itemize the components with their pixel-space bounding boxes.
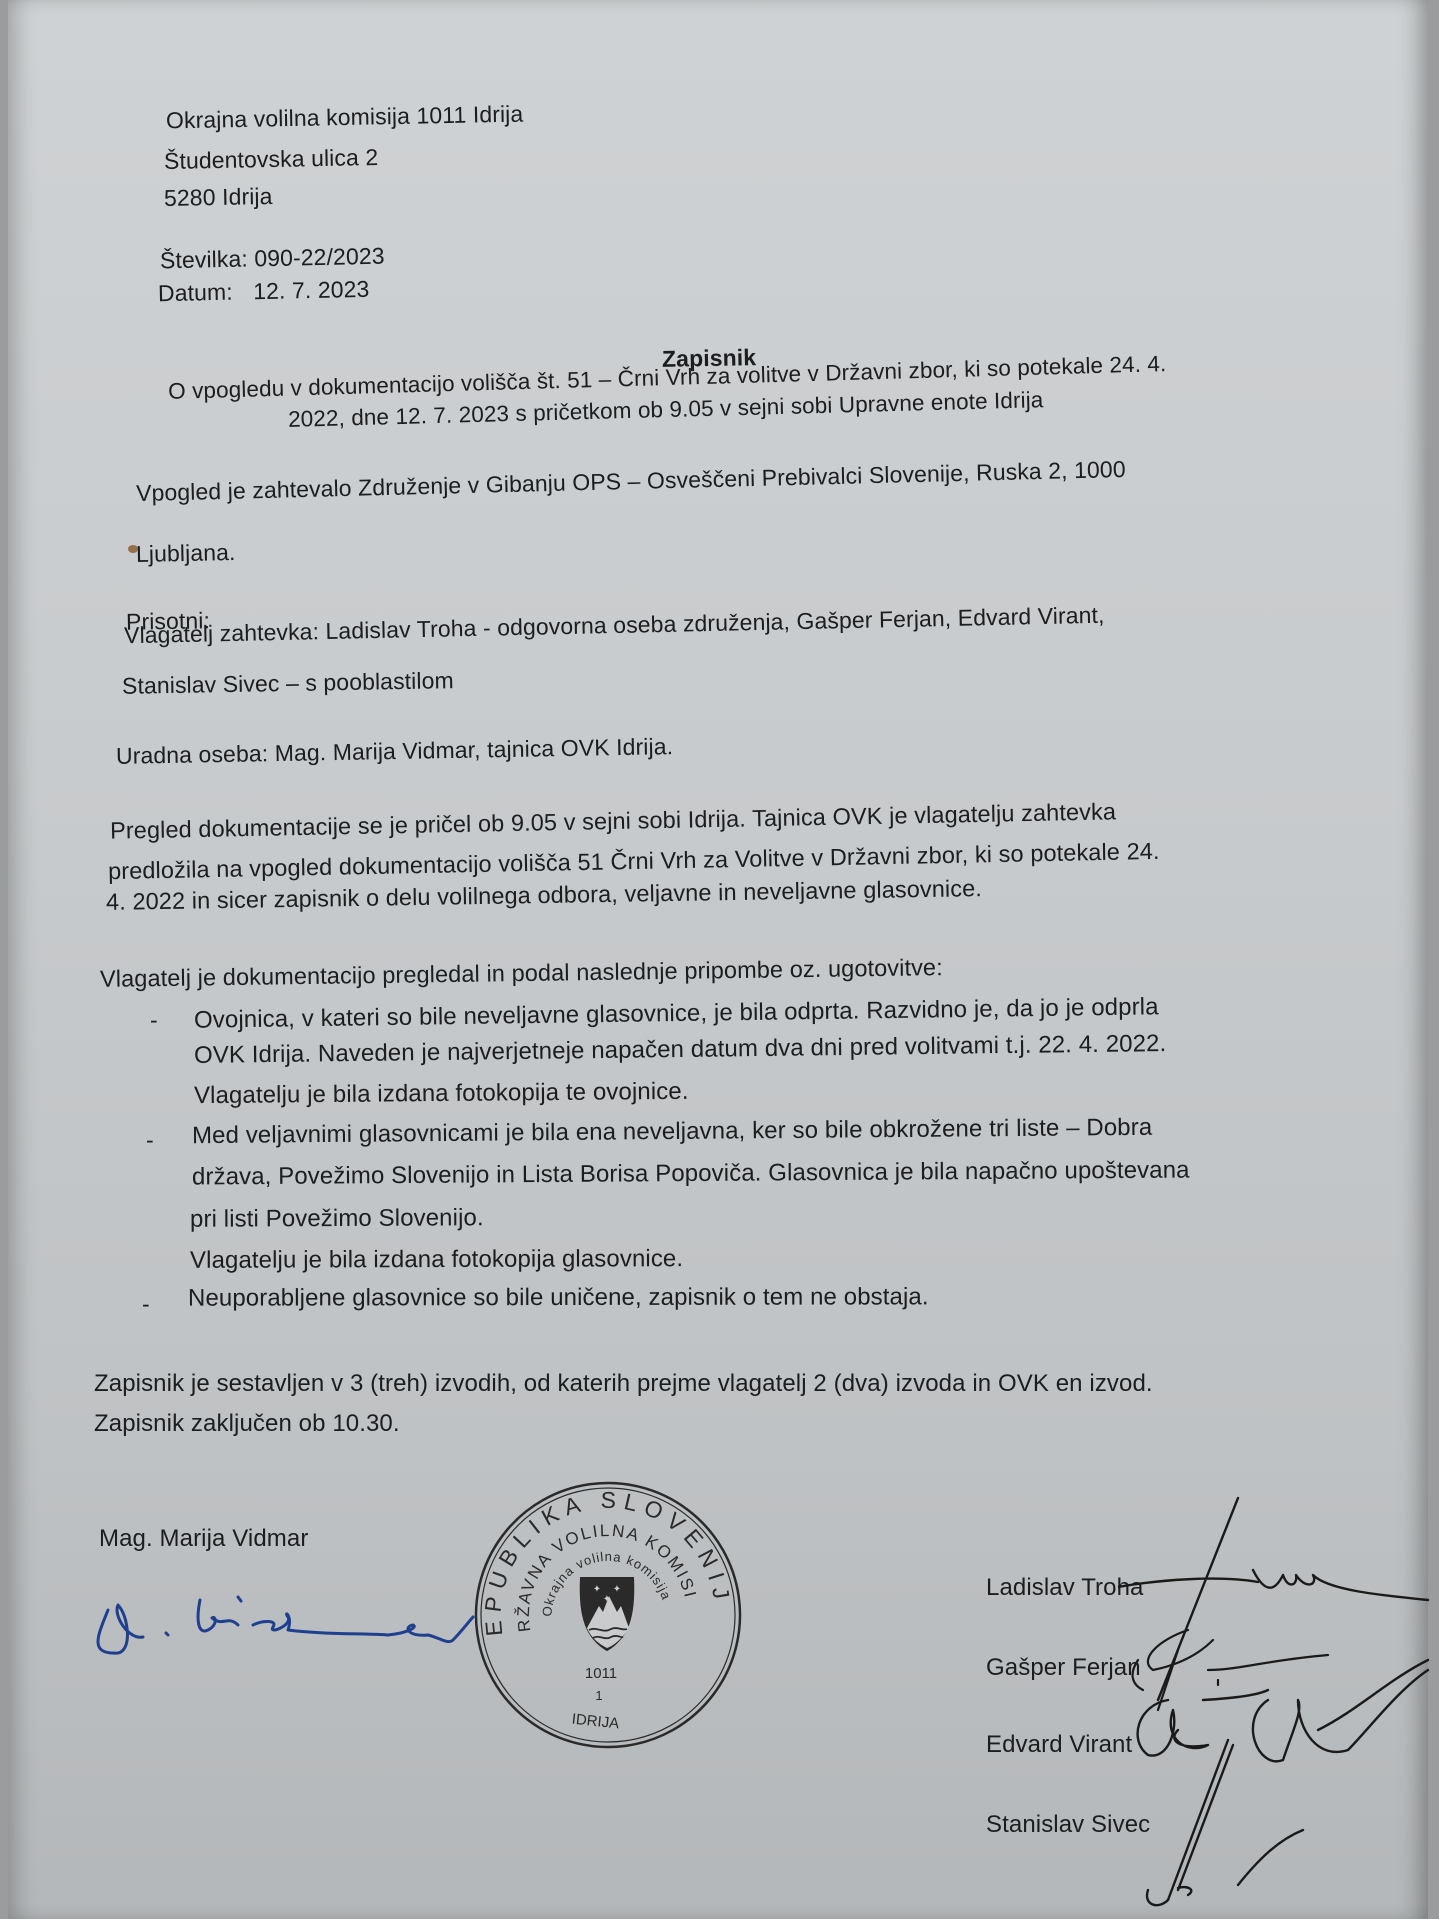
requester-signatory-3: Edvard Virant [986,1731,1132,1759]
closing-line-2: Zapisnik zaključen ob 10.30. [94,1410,400,1438]
remark-1-line-3: Vlagatelju je bila izdana fotokopija te … [194,1078,689,1110]
present-line-2: Stanislav Sivec – s pooblastilom [122,667,454,700]
rust-stain-mark [128,545,138,553]
svg-text:✦: ✦ [593,1584,601,1595]
remark-3-line-1: Neuporabljene glasovnice so bile uničene… [188,1283,929,1312]
reference-date: Datum: 12. 7. 2023 [158,276,370,307]
remark-2-line-1: Med veljavnimi glasovnicami je bila ena … [192,1114,1152,1150]
closing-line-1: Zapisnik je sestavljen v 3 (treh) izvodi… [94,1370,1153,1398]
requester-line-2: Ljubljana. [136,539,236,568]
official-signature [88,1555,488,1665]
sender-name: Okrajna volilna komisija 1011 Idrija [166,101,524,135]
official-signatory-name: Mag. Marija Vidmar [99,1525,308,1553]
remark-1-line-1: Ovojnica, v kateri so bile neveljavne gl… [194,993,1159,1034]
coat-of-arms-icon: ✦ ✦ ✦ [581,1578,634,1650]
remark-2-line-4: Vlagatelju je bila izdana fotokopija gla… [190,1245,683,1275]
reference-date-label: Datum: [158,279,233,307]
reference-date-value: 12. 7. 2023 [253,276,370,304]
requester-signatures [1118,1490,1438,1910]
remark-1-line-2: OVK Idrija. Naveden je najverjetneje nap… [194,1030,1167,1070]
review-line-2: predložila na vpogled dokumentacijo voli… [108,838,1160,885]
requester-line-1: Vpogled je zahtevalo Združenje v Gibanju… [136,456,1126,507]
present-line-1: Vlagatelj zahtevka: Ladislav Troha - odg… [124,602,1105,650]
remark-2-line-2: država, Povežimo Slovenijo in Lista Bori… [192,1157,1190,1192]
stamp-number: 1011 [585,1665,617,1682]
remarks-intro: Vlagatelj je dokumentacijo pregledal in … [100,954,943,993]
reference-number: Številka: 090-22/2023 [160,243,385,275]
reference-number-label: Številka: [160,246,248,274]
sender-city: 5280 Idrija [164,183,273,212]
document-page: Okrajna volilna komisija 1011 Idrija Štu… [8,0,1428,1919]
svg-text:✦: ✦ [603,1594,611,1605]
remark-bullet-1: - [150,1007,158,1034]
sender-street: Študentovska ulica 2 [164,144,379,175]
remark-bullet-2: - [146,1127,154,1154]
review-line-1: Pregled dokumentacije se je pričel ob 9.… [110,798,1116,844]
stamp-sub-number: 1 [595,1688,602,1703]
official-stamp: REPUBLIKA SLOVENIJA DRŽAVNA VOLILNA KOMI… [471,1478,745,1752]
svg-text:✦: ✦ [613,1584,621,1595]
official-person: Uradna oseba: Mag. Marija Vidmar, tajnic… [116,733,674,770]
reference-number-value: 090-22/2023 [254,243,385,272]
remark-bullet-3: - [142,1291,150,1318]
stamp-city: IDRIJA [571,1711,620,1733]
remark-2-line-3: pri listi Povežimo Slovenijo. [190,1204,484,1234]
